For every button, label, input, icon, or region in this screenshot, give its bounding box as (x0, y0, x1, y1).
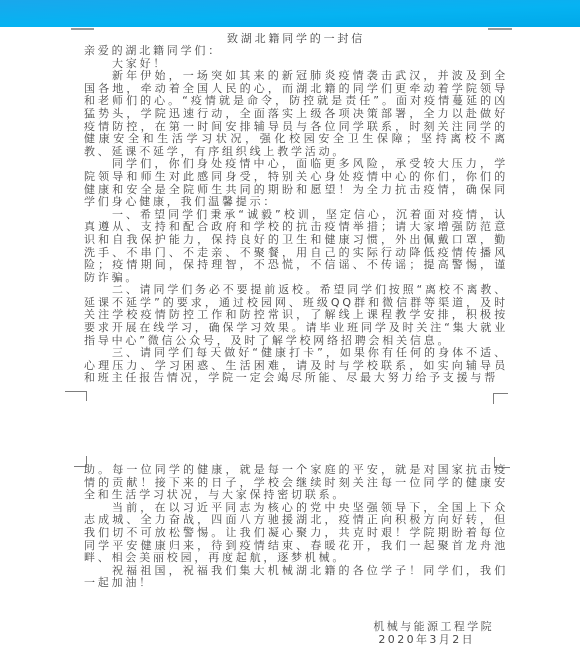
letter-screenshot: 致湖北籍同学的一封信 亲爱的湖北籍同学们： 大家好！ 新年伊始，一场突如其来的新… (0, 0, 580, 663)
date: 2020年3月2日 (84, 633, 508, 646)
paragraph-item-3-continued: 助。每一位同学的健康，就是每一个家庭的平安，就是对国家抗击疫情的贡献！接下来的日… (84, 464, 508, 502)
letter-body-page2: 助。每一位同学的健康，就是每一个家庭的平安，就是对国家抗击疫情的贡献！接下来的日… (84, 464, 508, 590)
paragraph-concern: 同学们，你们身处疫情中心，面临更多风险，承受较大压力，学院领导和师生对此感同身受… (84, 158, 508, 208)
paragraph-item-3: 三、请同学们每天做好“健康打卡”，如果你有任何的身体不适、心理压力、学习困惑、生… (84, 347, 508, 385)
page1-bottom-margin-mark-left (65, 391, 87, 401)
paragraph-blessing: 祝福祖国，祝福我们集大机械湖北籍的各位学子！同学们，我们一起加油！ (84, 565, 508, 590)
page1-bottom-margin-mark-right (493, 393, 508, 404)
letter-body-page1: 亲爱的湖北籍同学们： 大家好！ 新年伊始，一场突如其来的新冠肺炎疫情袭击武汉，并… (84, 45, 508, 385)
top-blue-bar (0, 0, 580, 27)
signature: 机械与能源工程学院 (84, 620, 508, 633)
paragraph-intro: 新年伊始，一场突如其来的新冠肺炎疫情袭击武汉，并波及到全国各地，牵动着全国人民的… (84, 70, 508, 158)
paragraph-item-2: 二、请同学们务必不要提前返校。希望同学们按照“离校不离教、延课不延学”的要求，通… (84, 284, 508, 347)
salutation: 亲爱的湖北籍同学们： (84, 45, 508, 58)
signature-block: 机械与能源工程学院 2020年3月2日 (84, 620, 508, 646)
paragraph-item-1: 一、希望同学们秉承“诚毅”校训，坚定信心，沉着面对疫情，认真遵从、支持和配合政府… (84, 209, 508, 285)
paragraph-current-situation: 当前，在以习近平同志为核心的党中央坚强领导下，全国上下众志成城、全力奋战，四面八… (84, 502, 508, 565)
